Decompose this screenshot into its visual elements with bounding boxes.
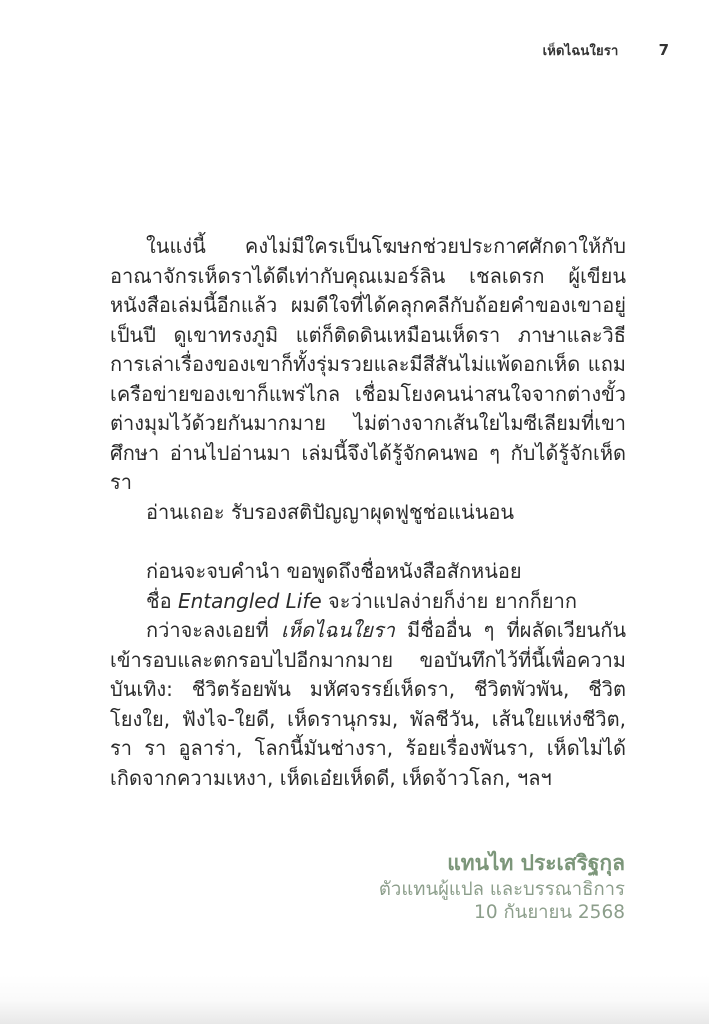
page-number: 7 <box>659 41 669 59</box>
thai-book-title: เห็ดไฉนใยรา <box>281 618 395 642</box>
paragraph-spacer <box>110 527 626 557</box>
paragraph-4: ชื่อ Entangled Life จะว่าแปลง่ายก็ง่าย ย… <box>110 587 626 617</box>
signature-block: แทนไท ประเสริฐกุล ตัวแทนผู้แปล และบรรณาธ… <box>379 848 625 924</box>
signature-date: 10 กันยายน 2568 <box>379 901 625 924</box>
paragraph-1: ในแง่นี้ คงไม่มีใครเป็นโฆษกช่วยประกาศศัก… <box>110 232 626 498</box>
signature-name: แทนไท ประเสริฐกุล <box>379 848 625 878</box>
paragraph-4-suffix: จะว่าแปลง่ายก็ง่าย ยากก็ยาก <box>322 589 577 613</box>
running-header: เห็ดไฉนใยรา 7 <box>543 40 669 61</box>
paragraph-4-prefix: ชื่อ <box>146 589 178 613</box>
paragraph-5-suffix: มีชื่ออื่น ๆ ที่ผลัดเวียนกันเข้ารอบและตก… <box>110 618 626 790</box>
signature-role: ตัวแทนผู้แปล และบรรณาธิการ <box>379 878 625 901</box>
book-title: เห็ดไฉนใยรา <box>543 40 619 61</box>
english-book-title: Entangled Life <box>178 589 322 613</box>
paragraph-5: กว่าจะลงเอยที่ เห็ดไฉนใยรา มีชื่ออื่น ๆ … <box>110 616 626 793</box>
paragraph-2: อ่านเถอะ รับรองสติปัญญาผุดฟูชูช่อแน่นอน <box>110 498 626 528</box>
foreword-body: ในแง่นี้ คงไม่มีใครเป็นโฆษกช่วยประกาศศัก… <box>110 232 626 793</box>
paragraph-3: ก่อนจะจบคำนำ ขอพูดถึงชื่อหนังสือสักหน่อย <box>110 557 626 587</box>
paragraph-5-prefix: กว่าจะลงเอยที่ <box>146 618 281 642</box>
